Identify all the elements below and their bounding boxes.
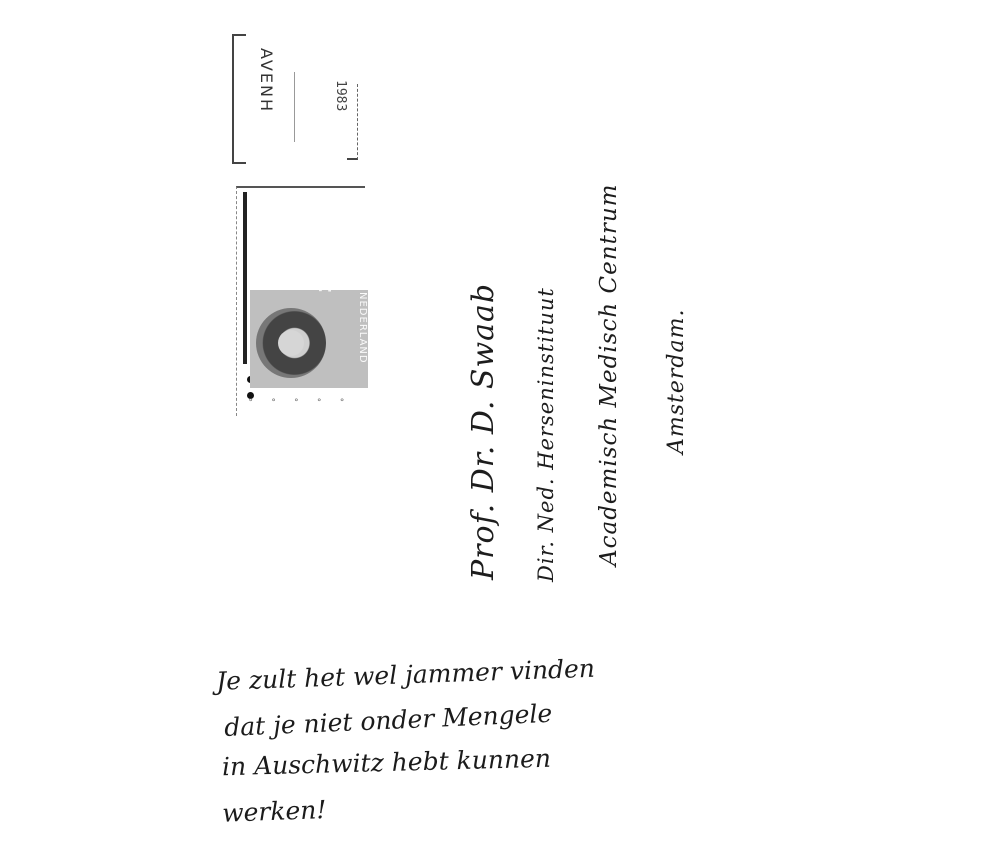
address-institute: Dir. Ned. Herseninstituut (534, 287, 558, 582)
postmark: AVENH 1983 (228, 34, 360, 162)
address-recipient: Prof. Dr. D. Swaab (466, 283, 501, 580)
franking-bar (243, 192, 247, 364)
stamp-perforations: ° ° ° ° ° (248, 398, 351, 408)
address-city: Amsterdam. (664, 309, 689, 454)
stamp-value: 75ct (313, 290, 338, 292)
postmark-town: AVENH (257, 48, 276, 113)
postmark-frame (232, 34, 246, 164)
handwritten-message: Je zult het wel jammer vinden dat je nie… (210, 650, 790, 826)
postmark-frame-right (347, 84, 358, 160)
postmark-year: 1983 (333, 80, 348, 111)
portrait-icon (256, 308, 326, 378)
postage-stamp: 75ct NEDERLAND (250, 290, 368, 388)
address-centre: Academisch Medisch Centrum (596, 184, 622, 566)
postmark-divider (294, 72, 295, 142)
